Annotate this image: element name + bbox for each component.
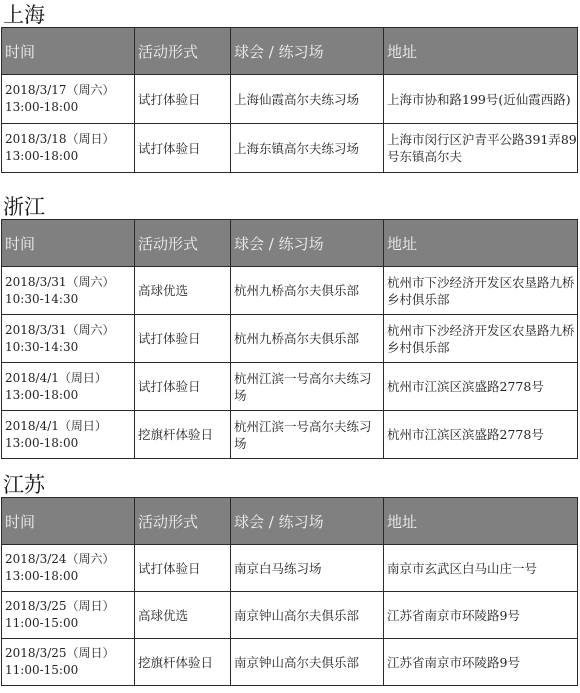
section-zhejiang: 浙江 时间 活动形式 球会 / 练习场 地址 2018/3/31（周六）10:3… [0, 192, 580, 462]
cell-address: 杭州市下沙经济开发区农垦路九桥乡村俱乐部 [384, 267, 578, 315]
cell-activity: 试打体验日 [135, 545, 231, 592]
date: 2018/3/31（周六） [5, 322, 134, 339]
cell-time: 2018/4/1（周日）13:00-18:00 [2, 363, 135, 411]
cell-time: 2018/4/1（周日）13:00-18:00 [2, 411, 135, 459]
cell-venue: 南京钟山高尔夫俱乐部 [231, 592, 384, 639]
cell-address: 杭州市下沙经济开发区农垦路九桥乡村俱乐部 [384, 315, 578, 363]
cell-address: 上海市协和路199号(近仙霞西路) [384, 75, 578, 124]
cell-venue: 上海仙霞高尔夫练习场 [231, 75, 384, 124]
header-venue: 球会 / 练习场 [231, 28, 384, 75]
hours: 13:00-18:00 [5, 387, 134, 404]
table-header-row: 时间 活动形式 球会 / 练习场 地址 [2, 498, 578, 545]
cell-time: 2018/3/24（周六）13:00-18:00 [2, 545, 135, 592]
header-address: 地址 [384, 28, 578, 75]
cell-time: 2018/3/17（周六）13:00-18:00 [2, 75, 135, 124]
schedule-table-jiangsu: 时间 活动形式 球会 / 练习场 地址 2018/3/24（周六）13:00-1… [1, 497, 578, 686]
schedule-table-shanghai: 时间 活动形式 球会 / 练习场 地址 2018/3/17（周六）13:00-1… [1, 27, 578, 173]
date: 2018/3/18（周日） [5, 131, 134, 148]
table-row: 2018/4/1（周日）13:00-18:00 挖旗杆体验日 杭州江滨一号高尔夫… [2, 411, 578, 459]
cell-venue: 杭州江滨一号高尔夫练习场 [231, 411, 384, 459]
cell-venue: 上海东镇高尔夫练习场 [231, 124, 384, 173]
cell-address: 杭州市江滨区滨盛路2778号 [384, 411, 578, 459]
cell-activity: 高球优选 [135, 592, 231, 639]
section-shanghai: 上海 时间 活动形式 球会 / 练习场 地址 2018/3/17（周六）13:0… [0, 0, 580, 180]
cell-time: 2018/3/25（周日）11:00-15:00 [2, 639, 135, 686]
cell-address: 南京市玄武区白马山庄一号 [384, 545, 578, 592]
table-row: 2018/3/31（周六）10:30-14:30 试打体验日 杭州九桥高尔夫俱乐… [2, 315, 578, 363]
hours: 13:00-18:00 [5, 568, 134, 585]
date: 2018/3/24（周六） [5, 551, 134, 568]
cell-activity: 挖旗杆体验日 [135, 639, 231, 686]
cell-activity: 高球优选 [135, 267, 231, 315]
cell-activity: 挖旗杆体验日 [135, 411, 231, 459]
cell-address: 江苏省南京市环陵路9号 [384, 639, 578, 686]
table-row: 2018/3/31（周六）10:30-14:30 高球优选 杭州九桥高尔夫俱乐部… [2, 267, 578, 315]
header-address: 地址 [384, 220, 578, 267]
cell-venue: 南京钟山高尔夫俱乐部 [231, 639, 384, 686]
cell-address: 江苏省南京市环陵路9号 [384, 592, 578, 639]
cell-venue: 杭州九桥高尔夫俱乐部 [231, 267, 384, 315]
table-row: 2018/3/25（周日）11:00-15:00 挖旗杆体验日 南京钟山高尔夫俱… [2, 639, 578, 686]
region-title: 江苏 [3, 473, 45, 497]
header-venue: 球会 / 练习场 [231, 220, 384, 267]
hours: 11:00-15:00 [5, 615, 134, 632]
cell-venue: 南京白马练习场 [231, 545, 384, 592]
region-title: 上海 [3, 3, 45, 27]
header-time: 时间 [2, 220, 135, 267]
date: 2018/3/17（周六） [5, 82, 134, 99]
header-venue: 球会 / 练习场 [231, 498, 384, 545]
table-header-row: 时间 活动形式 球会 / 练习场 地址 [2, 28, 578, 75]
table-row: 2018/3/24（周六）13:00-18:00 试打体验日 南京白马练习场 南… [2, 545, 578, 592]
hours: 13:00-18:00 [5, 148, 134, 165]
date: 2018/4/1（周日） [5, 418, 134, 435]
cell-time: 2018/3/31（周六）10:30-14:30 [2, 315, 135, 363]
region-title: 浙江 [3, 195, 45, 219]
schedule-table-zhejiang: 时间 活动形式 球会 / 练习场 地址 2018/3/31（周六）10:30-1… [1, 219, 578, 459]
cell-address: 上海市闵行区沪青平公路391弄89号东镇高尔夫 [384, 124, 578, 173]
section-jiangsu: 江苏 时间 活动形式 球会 / 练习场 地址 2018/3/24（周六）13:0… [0, 470, 580, 693]
cell-activity: 试打体验日 [135, 124, 231, 173]
cell-time: 2018/3/31（周六）10:30-14:30 [2, 267, 135, 315]
cell-address: 杭州市江滨区滨盛路2778号 [384, 363, 578, 411]
hours: 10:30-14:30 [5, 291, 134, 308]
header-address: 地址 [384, 498, 578, 545]
cell-time: 2018/3/18（周日）13:00-18:00 [2, 124, 135, 173]
hours: 13:00-18:00 [5, 99, 134, 116]
hours: 10:30-14:30 [5, 339, 134, 356]
cell-venue: 杭州九桥高尔夫俱乐部 [231, 315, 384, 363]
header-time: 时间 [2, 498, 135, 545]
date: 2018/3/25（周日） [5, 598, 134, 615]
header-activity: 活动形式 [135, 28, 231, 75]
cell-activity: 试打体验日 [135, 75, 231, 124]
hours: 13:00-18:00 [5, 435, 134, 452]
cell-activity: 试打体验日 [135, 363, 231, 411]
header-time: 时间 [2, 28, 135, 75]
table-row: 2018/3/18（周日）13:00-18:00 试打体验日 上海东镇高尔夫练习… [2, 124, 578, 173]
header-activity: 活动形式 [135, 220, 231, 267]
table-row: 2018/4/1（周日）13:00-18:00 试打体验日 杭州江滨一号高尔夫练… [2, 363, 578, 411]
hours: 11:00-15:00 [5, 662, 134, 679]
date: 2018/3/25（周日） [5, 645, 134, 662]
cell-venue: 杭州江滨一号高尔夫练习场 [231, 363, 384, 411]
table-row: 2018/3/25（周日）11:00-15:00 高球优选 南京钟山高尔夫俱乐部… [2, 592, 578, 639]
cell-activity: 试打体验日 [135, 315, 231, 363]
cell-time: 2018/3/25（周日）11:00-15:00 [2, 592, 135, 639]
header-activity: 活动形式 [135, 498, 231, 545]
table-row: 2018/3/17（周六）13:00-18:00 试打体验日 上海仙霞高尔夫练习… [2, 75, 578, 124]
date: 2018/3/31（周六） [5, 274, 134, 291]
table-header-row: 时间 活动形式 球会 / 练习场 地址 [2, 220, 578, 267]
date: 2018/4/1（周日） [5, 370, 134, 387]
